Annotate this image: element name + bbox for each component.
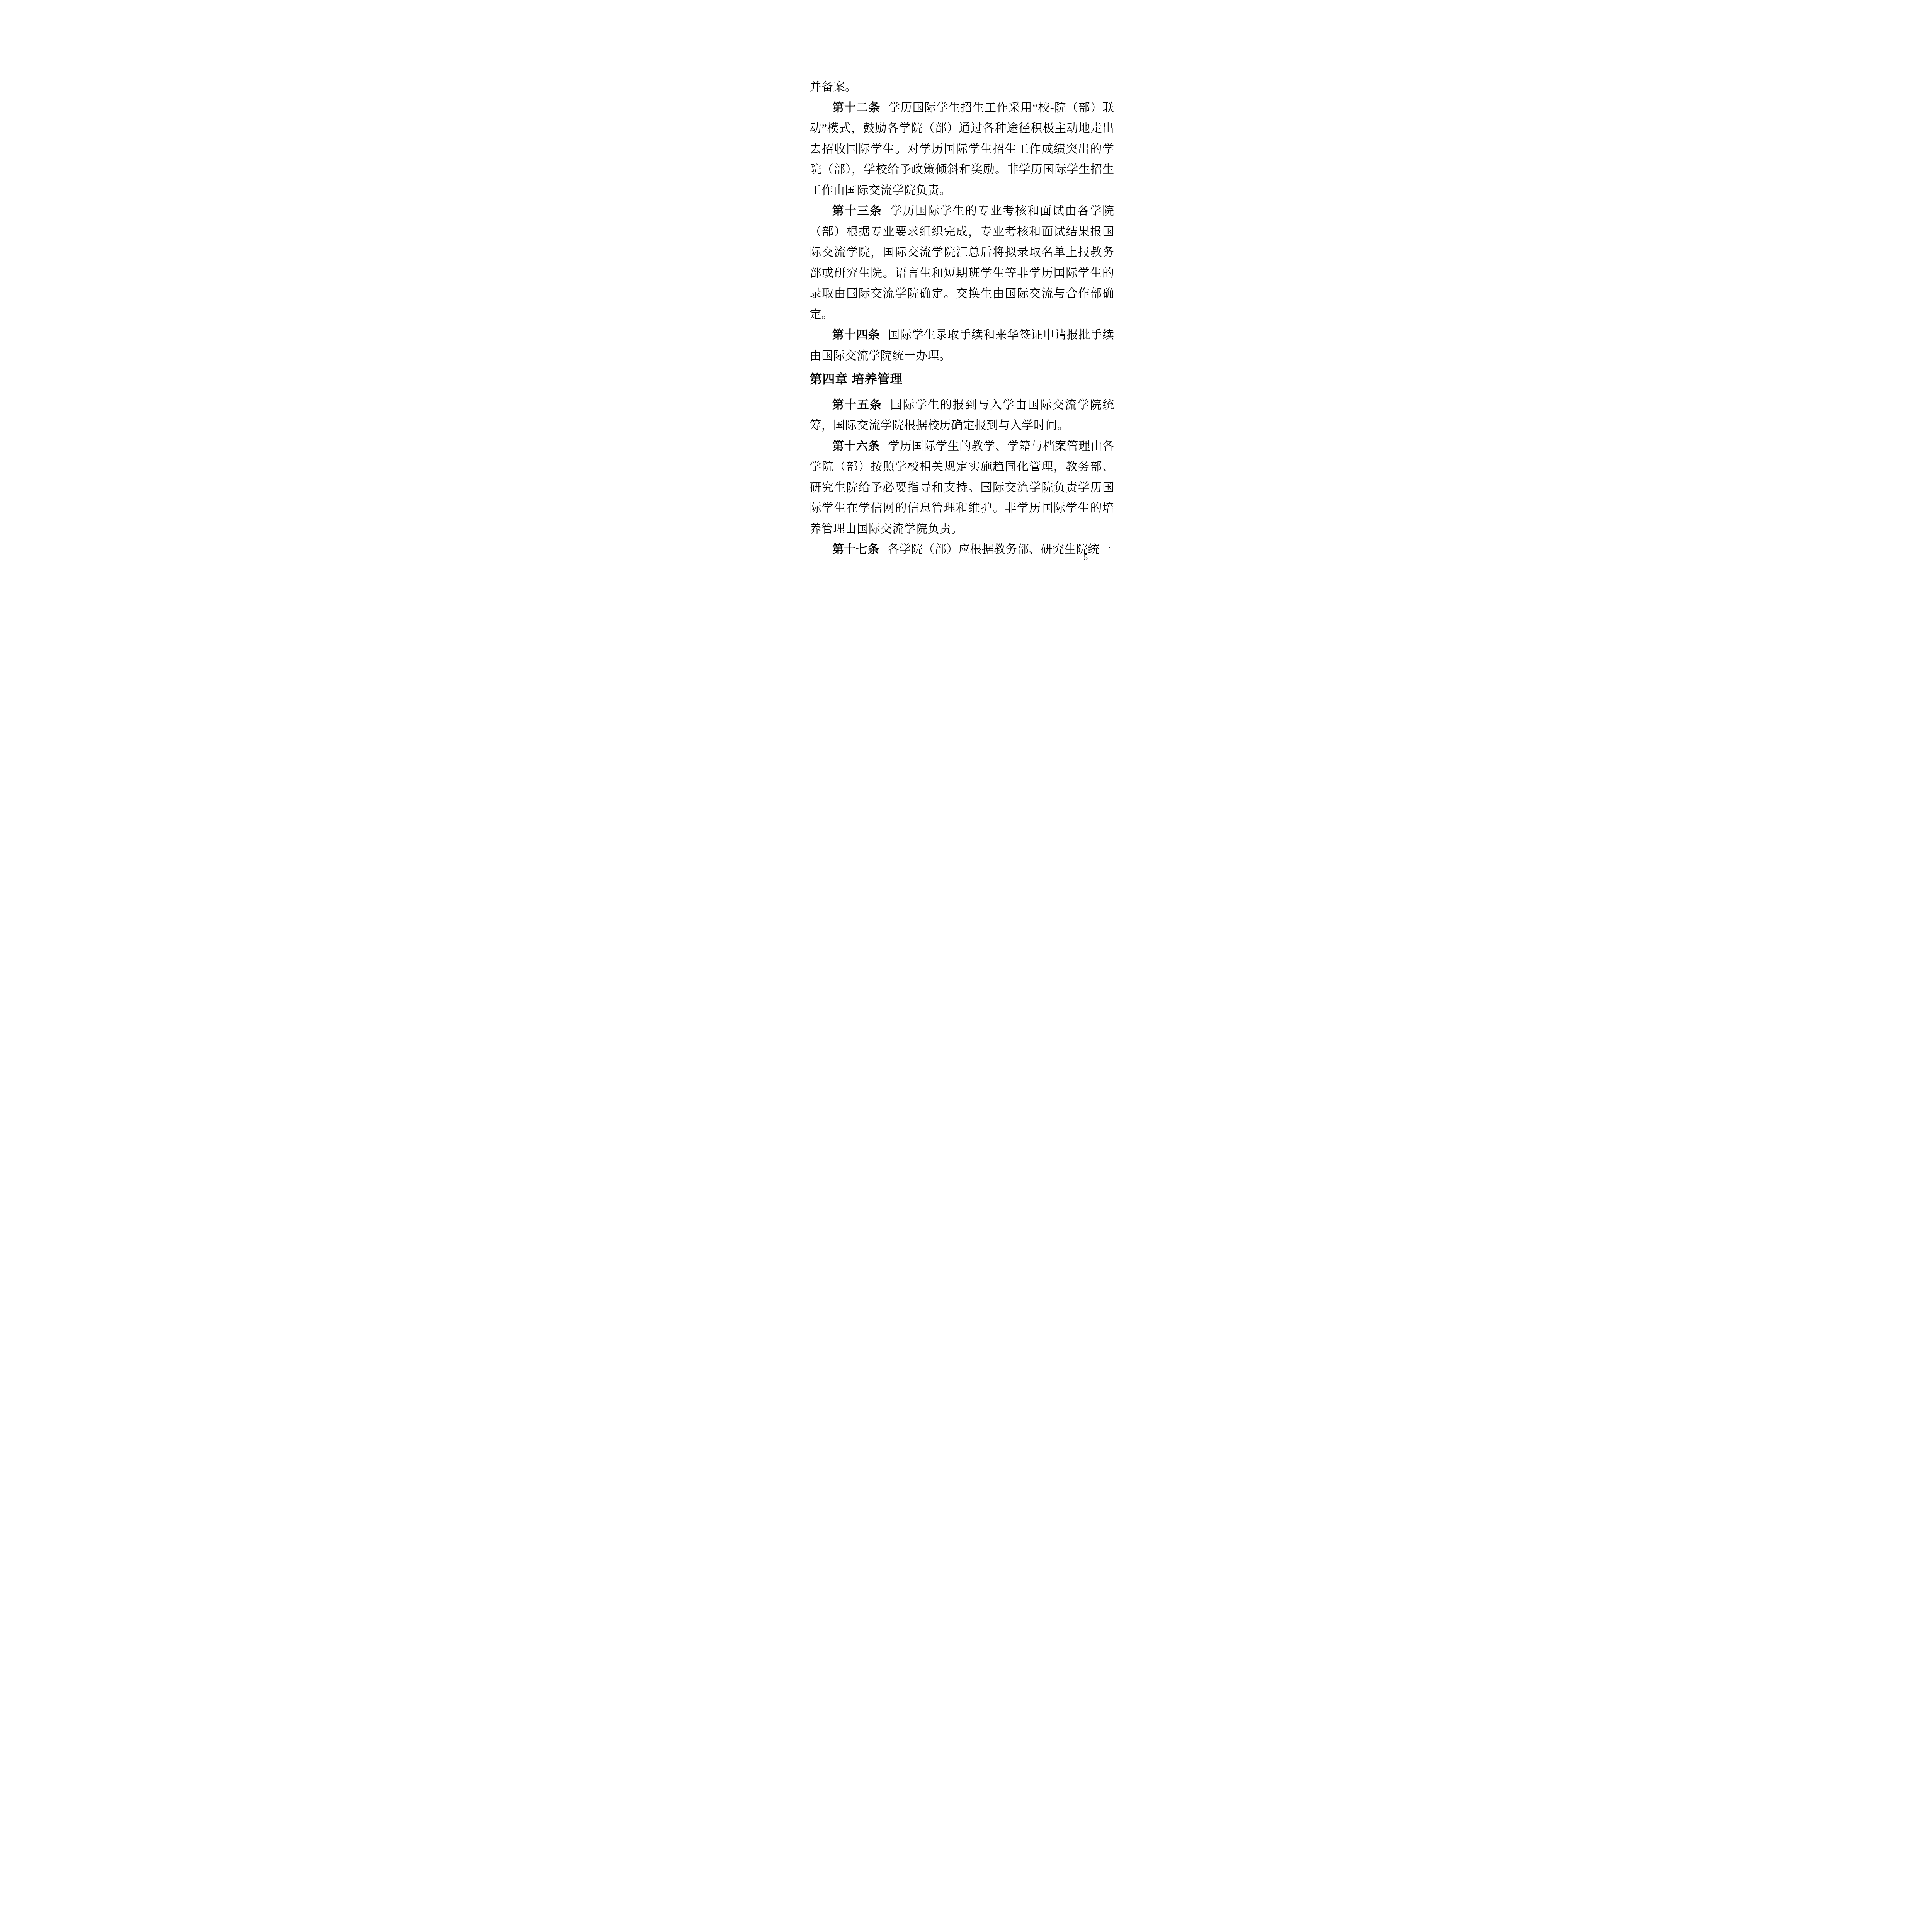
clause-number: 第十四条 bbox=[832, 328, 880, 341]
clause-text: 学历国际学生招生工作采用“校-院（部）联动”模式，鼓励各学院（部）通过各种途径积… bbox=[810, 101, 1114, 197]
clause-text: 学历国际学生的专业考核和面试由各学院（部）根据专业要求组织完成，专业考核和面试结… bbox=[810, 204, 1114, 321]
clause-number: 第十五条 bbox=[832, 398, 882, 411]
clause-text: 学历国际学生的教学、学籍与档案管理由各学院（部）按照学校相关规定实施趋同化管理，… bbox=[810, 440, 1114, 535]
clause-article-12: 第十二条学历国际学生招生工作采用“校-院（部）联动”模式，鼓励各学院（部）通过各… bbox=[810, 97, 1114, 201]
clause-article-14: 第十四条国际学生录取手续和来华签证申请报批手续由国际交流学院统一办理。 bbox=[810, 325, 1114, 366]
clause-number: 第十二条 bbox=[832, 101, 880, 114]
chapter-heading: 第四章 培养管理 bbox=[810, 369, 1114, 390]
clause-article-15: 第十五条国际学生的报到与入学由国际交流学院统筹，国际交流学院根据校历确定报到与入… bbox=[810, 395, 1114, 436]
clause-article-13: 第十三条学历国际学生的专业考核和面试由各学院（部）根据专业要求组织完成，专业考核… bbox=[810, 201, 1114, 325]
document-body: 并备案。 第十二条学历国际学生招生工作采用“校-院（部）联动”模式，鼓励各学院（… bbox=[810, 77, 1114, 560]
clause-number: 第十三条 bbox=[832, 204, 882, 217]
clause-number: 第十七条 bbox=[832, 543, 879, 556]
clause-article-16: 第十六条学历国际学生的教学、学籍与档案管理由各学院（部）按照学校相关规定实施趋同… bbox=[810, 436, 1114, 539]
paragraph-continuation: 并备案。 bbox=[810, 77, 1114, 97]
clause-number: 第十六条 bbox=[832, 440, 880, 452]
page-number: - 5 - bbox=[1077, 553, 1096, 562]
paragraph-text: 并备案。 bbox=[810, 80, 857, 93]
document-page: 并备案。 第十二条学历国际学生招生工作采用“校-院（部）联动”模式，鼓励各学院（… bbox=[752, 0, 1181, 607]
clause-article-17: 第十七条各学院（部）应根据教务部、研究生院统一 bbox=[810, 539, 1114, 560]
